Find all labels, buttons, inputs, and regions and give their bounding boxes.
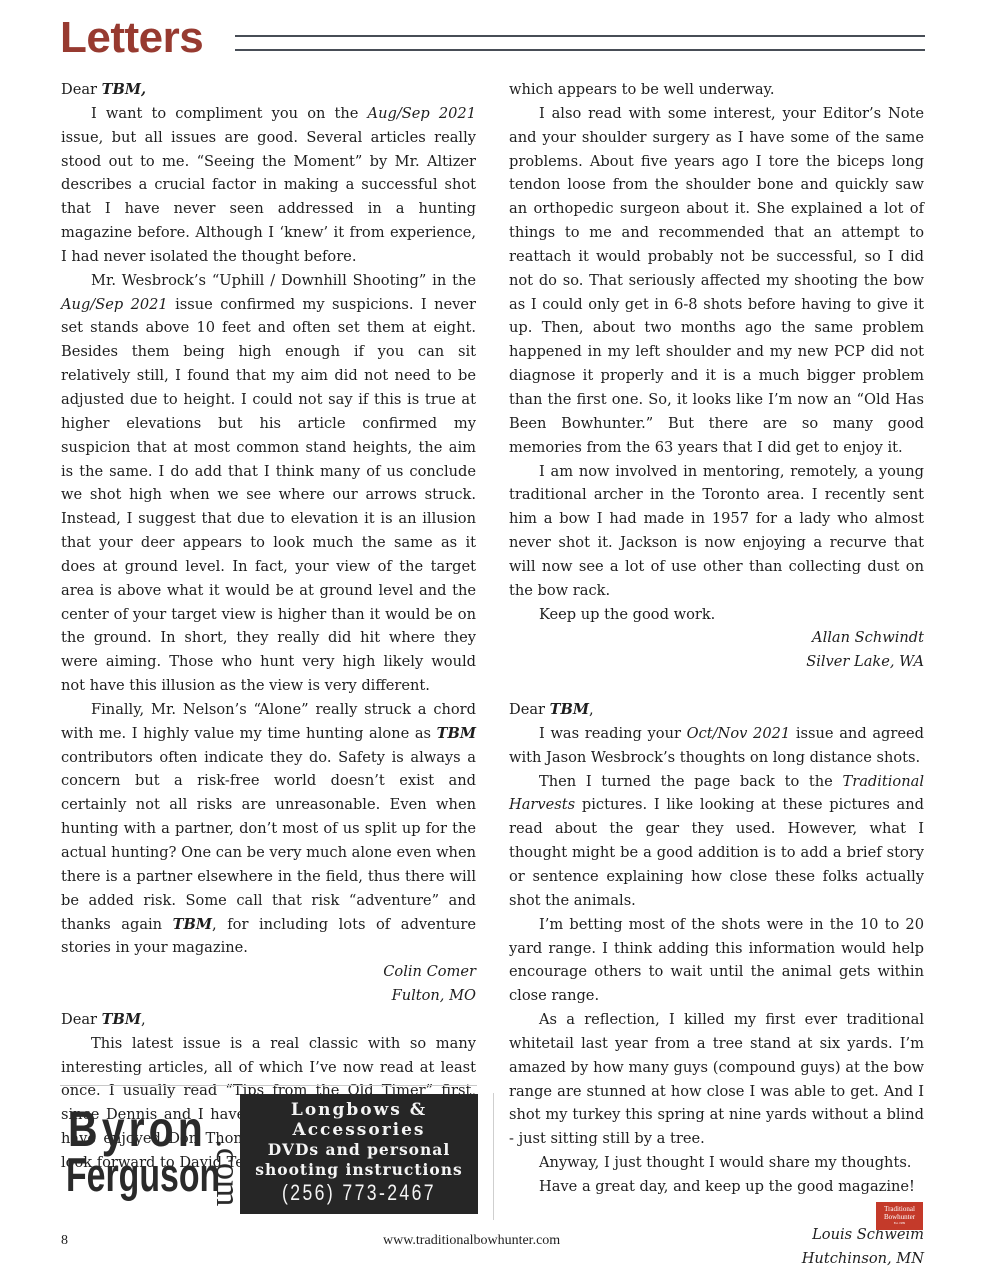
letter-paragraph: Mr. Wesbrock’s “Uphill / Downhill Shooti… [61, 269, 476, 698]
tbm-name: TBM [550, 701, 589, 718]
issue-reference: Aug/Sep 2021 [61, 296, 168, 313]
right-column: which appears to be well underway. I als… [509, 78, 924, 1271]
letter-salutation: Dear TBM, [61, 1008, 476, 1032]
issue-reference: Oct/Nov 2021 [687, 725, 791, 742]
signature-name: Allan Schwindt [509, 626, 924, 650]
signature-name: Colin Comer [61, 960, 476, 984]
ad-brand-logo: Byron Ferguson .com [64, 1094, 239, 1214]
left-column: Dear TBM, I want to compliment you on th… [61, 78, 476, 1175]
letter-paragraph: Finally, Mr. Nelson’s “Alone” really str… [61, 698, 476, 960]
header-rule-bottom [235, 49, 925, 51]
letter-paragraph: I am now involved in mentoring, remotely… [509, 460, 924, 603]
byron-ferguson-advertisement[interactable]: Byron Ferguson .com Longbows & Accessori… [64, 1094, 478, 1214]
letter-paragraph: I was reading your Oct/Nov 2021 issue an… [509, 722, 924, 770]
letter-paragraph: I want to compliment you on the Aug/Sep … [61, 102, 476, 269]
letter-2-continued: which appears to be well underway. I als… [509, 78, 924, 674]
tbm-name: TBM, [102, 81, 146, 98]
page-number: 8 [61, 1233, 68, 1249]
section-title: Letters [60, 12, 203, 64]
spacer [509, 674, 924, 698]
letter-3: Dear TBM, I was reading your Oct/Nov 202… [509, 698, 924, 1270]
column-divider-vertical [493, 1093, 494, 1220]
ad-line: DVDs and personal [240, 1140, 478, 1160]
ad-info-box: Longbows & Accessories DVDs and personal… [240, 1094, 478, 1214]
letter-paragraph: I also read with some interest, your Edi… [509, 102, 924, 460]
ad-divider-horizontal [60, 1085, 477, 1086]
ad-line: Longbows & [240, 1100, 478, 1120]
website-url: www.traditionalbowhunter.com [383, 1233, 560, 1249]
letter-paragraph: which appears to be well underway. [509, 78, 924, 102]
ad-phone: (256) 773-2467 [264, 1180, 454, 1206]
letter-paragraph: As a reflection, I killed my first ever … [509, 1008, 924, 1151]
traditional-bowhunter-logo: Traditional Bowhunter Est. 1989 [876, 1202, 923, 1230]
ad-brand-line2: Ferguson [66, 1152, 220, 1198]
letter-paragraph: Have a great day, and keep up the good m… [509, 1175, 924, 1199]
tbm-name: TBM [102, 1011, 141, 1028]
letter-1: Dear TBM, I want to compliment you on th… [61, 78, 476, 1008]
signature-location: Silver Lake, WA [509, 650, 924, 674]
signature-name: Louis Schweim [509, 1223, 924, 1247]
signature-location: Fulton, MO [61, 984, 476, 1008]
ad-line: Accessories [240, 1120, 478, 1140]
letter-salutation: Dear TBM, [61, 78, 476, 102]
ad-brand-line1: Byron [68, 1106, 207, 1152]
letter-paragraph: I’m betting most of the shots were in th… [509, 913, 924, 1008]
signature-location: Hutchinson, MN [509, 1247, 924, 1271]
spacer [509, 1199, 924, 1223]
letter-paragraph: Then I turned the page back to the Tradi… [509, 770, 924, 913]
ad-line: shooting instructions [240, 1160, 478, 1180]
tbm-name: TBM [437, 725, 476, 742]
issue-reference: Aug/Sep 2021 [368, 105, 476, 122]
tbm-name: TBM [173, 916, 212, 933]
letter-paragraph: Keep up the good work. [509, 603, 924, 627]
header-rule-top [235, 35, 925, 37]
letter-salutation: Dear TBM, [509, 698, 924, 722]
letter-paragraph: Anyway, I just thought I would share my … [509, 1151, 924, 1175]
page-header: Letters [60, 10, 925, 70]
